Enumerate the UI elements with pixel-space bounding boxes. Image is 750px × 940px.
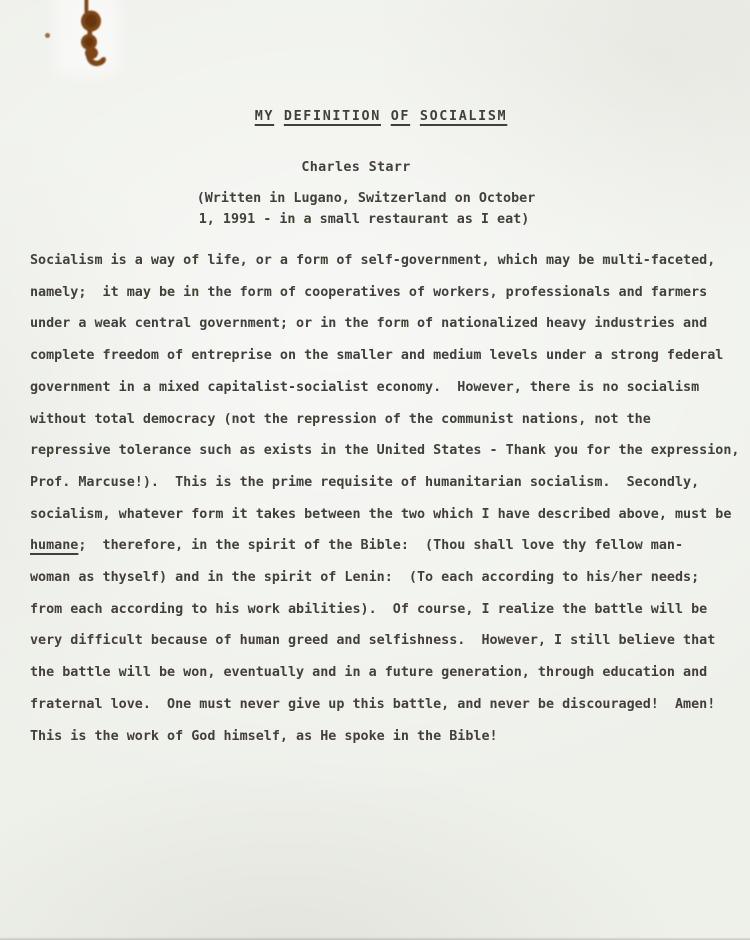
dateline-line-1: (Written in Lugano, Switzerland on Octob… [0, 191, 741, 206]
body-line: socialism, whatever form it takes betwee… [30, 499, 746, 531]
title-word: MY [255, 109, 274, 124]
body-line: very difficult because of human greed an… [30, 625, 746, 657]
body-line: This is the work of God himself, as He s… [30, 721, 746, 753]
title-word: SOCIALISM [420, 109, 507, 124]
body-line: under a weak central government; or in t… [30, 308, 746, 340]
body-line: from each according to his work abilitie… [30, 594, 746, 626]
document-body: Socialism is a way of life, or a form of… [30, 245, 746, 752]
body-line: Socialism is a way of life, or a form of… [30, 245, 746, 277]
body-line: without total democracy (not the repress… [30, 404, 746, 436]
body-line: Prof. Marcuse!). This is the prime requi… [30, 467, 746, 499]
rust-stain [58, 0, 122, 78]
dateline-line-2: 1, 1991 - in a small restaurant as I eat… [0, 212, 739, 227]
body-line: the battle will be won, eventually and i… [30, 657, 746, 689]
document-title: MY DEFINITION OF SOCIALISM [6, 109, 750, 124]
body-line: humane; therefore, in the spirit of the … [30, 530, 746, 562]
body-line: repressive tolerance such as exists in t… [30, 435, 746, 467]
title-word: DEFINITION [284, 109, 381, 124]
scanned-document-page: MY DEFINITION OF SOCIALISM Charles Starr… [0, 0, 750, 940]
body-line: government in a mixed capitalist-sociali… [30, 372, 746, 404]
body-line: woman as thyself) and in the spirit of L… [30, 562, 746, 594]
body-line: complete freedom of entreprise on the sm… [30, 340, 746, 372]
body-line: namely; it may be in the form of coopera… [30, 277, 746, 309]
body-line: fraternal love. One must never give up t… [30, 689, 746, 721]
author-byline: Charles Starr [0, 160, 731, 175]
rust-speck [45, 33, 50, 38]
title-word: OF [391, 109, 410, 124]
